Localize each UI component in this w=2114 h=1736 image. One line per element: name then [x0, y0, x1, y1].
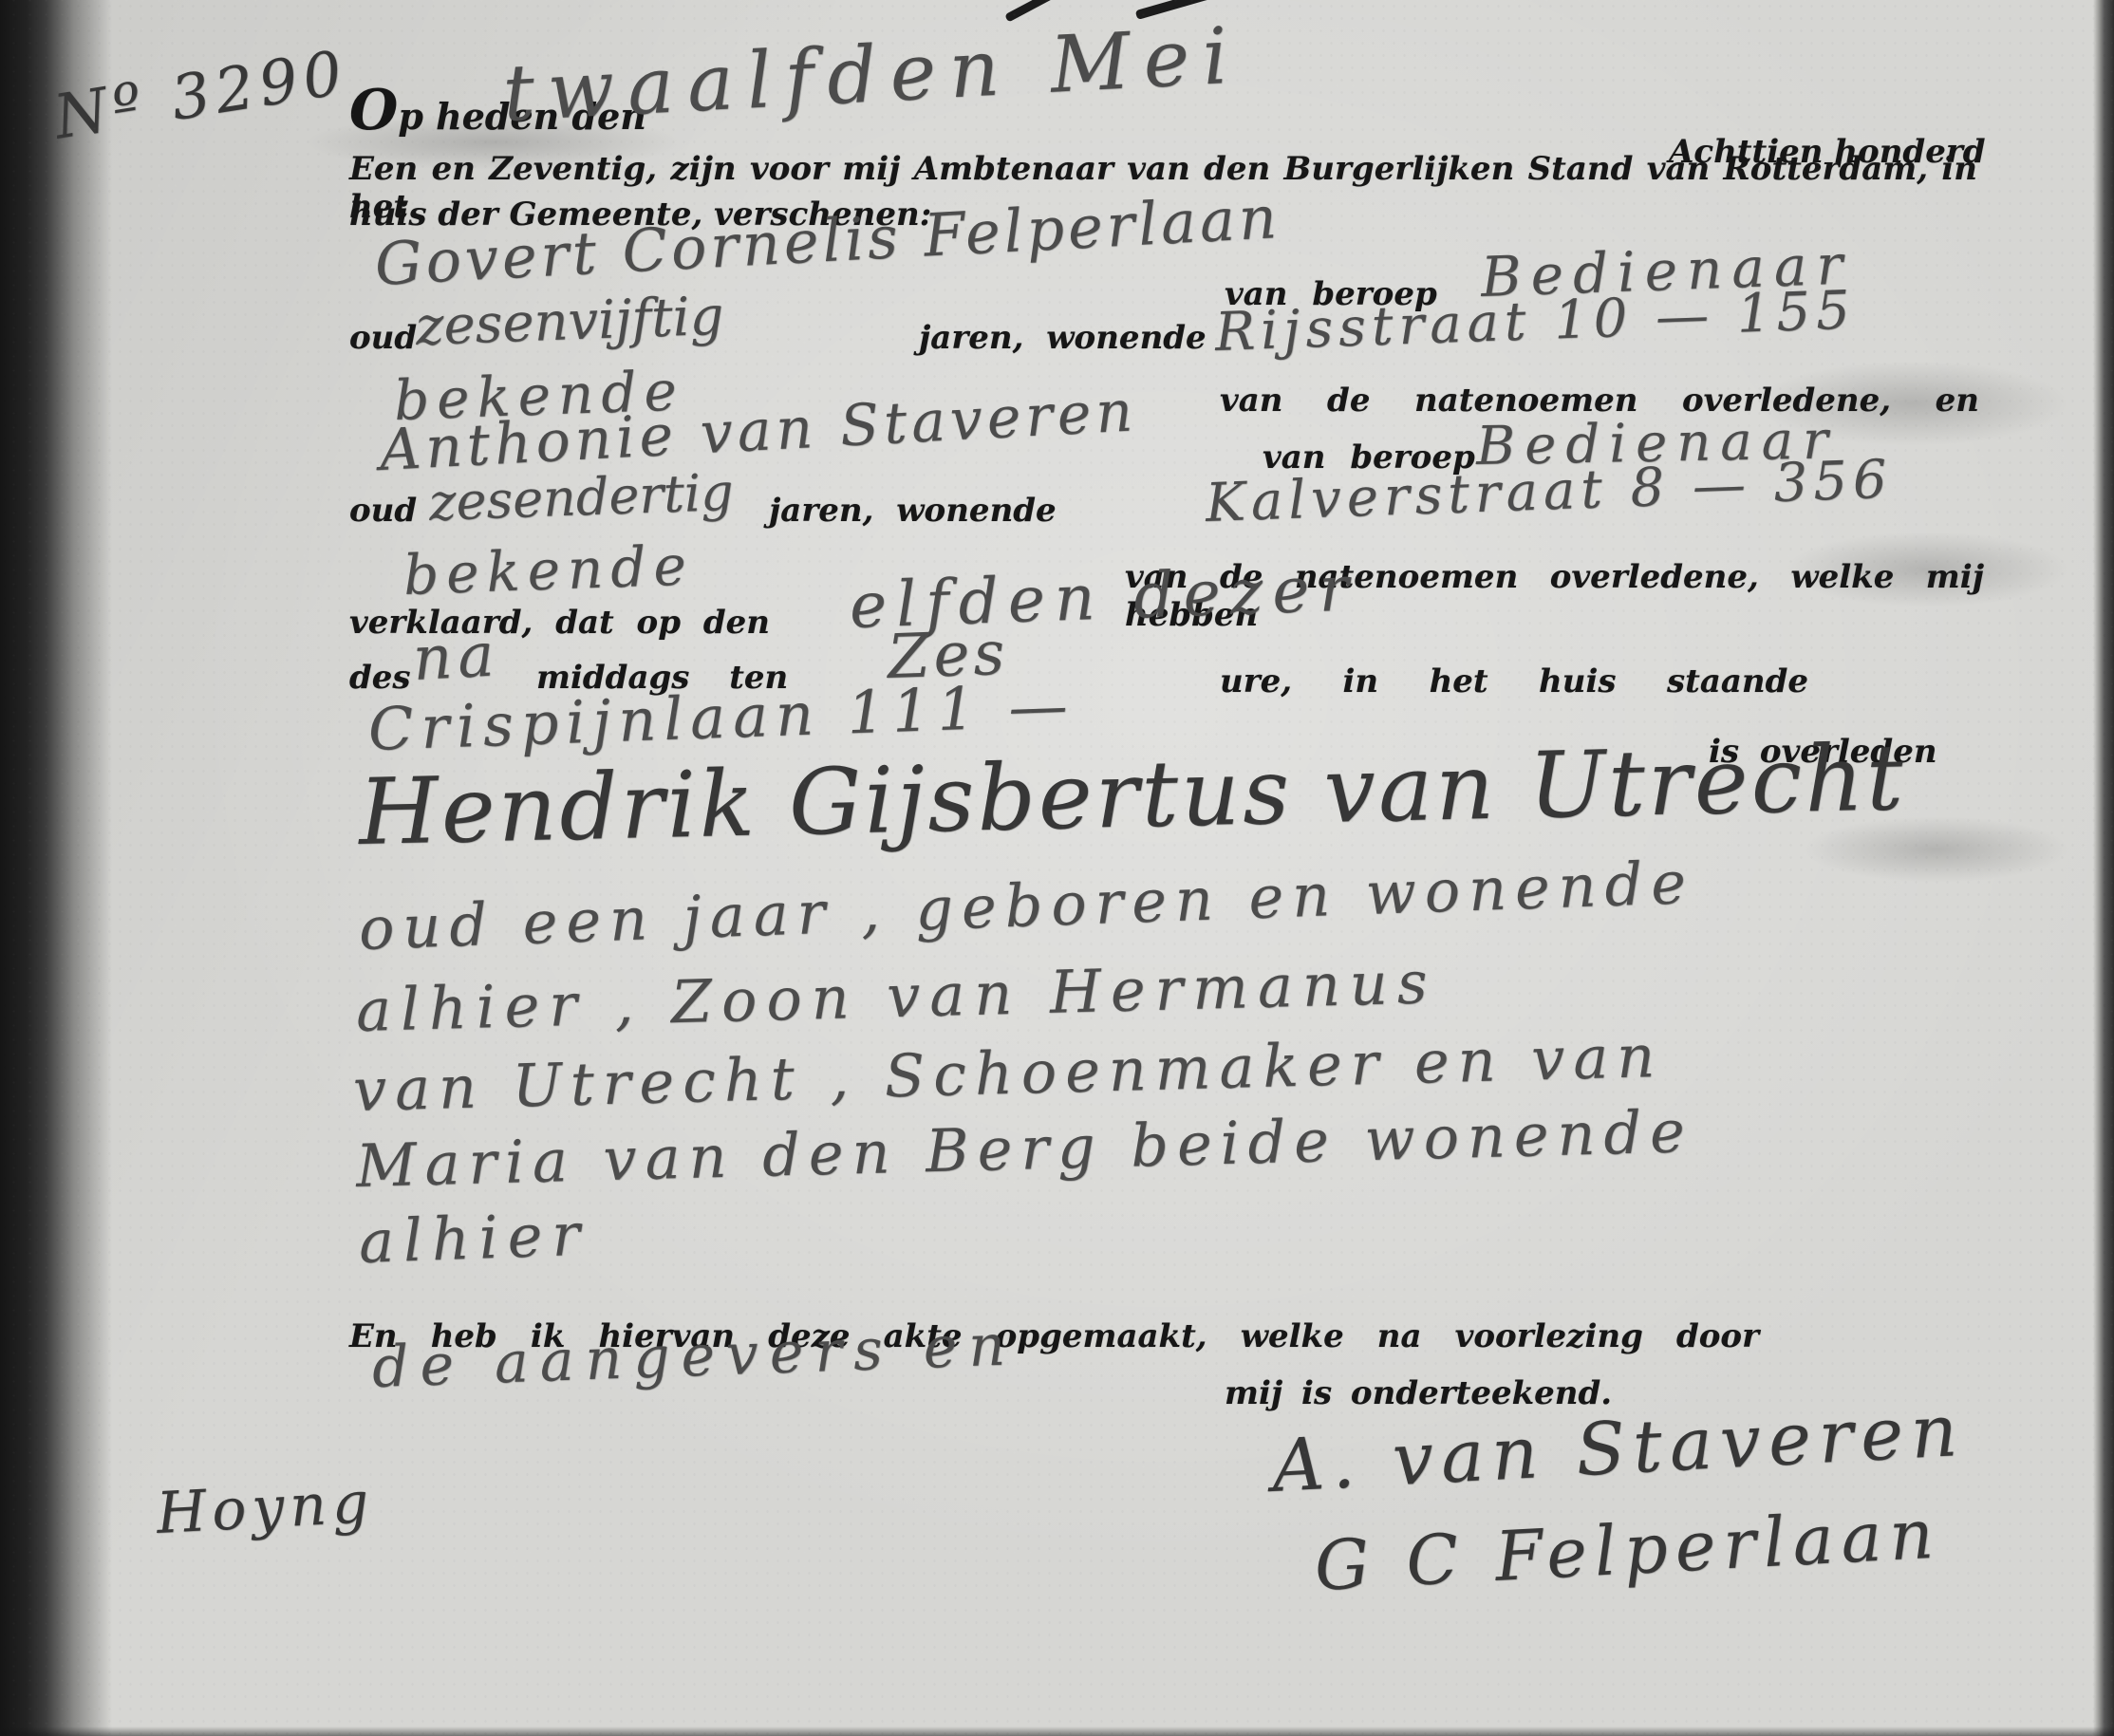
death-certificate-scan: Nº 3290 Op heden den twaalfden Mei Achtt… — [0, 0, 2114, 1736]
printed-oud-2: oud — [349, 492, 417, 530]
printed-oud-1: oud — [349, 319, 417, 357]
printed-closing-line2: mij is onderteekend. — [1225, 1374, 1612, 1412]
printed-jaren-wonende-1: jaren, wonende — [919, 319, 1207, 357]
handwritten-date: twaalfden Mei — [501, 10, 1244, 140]
signature-witness2: G C Felperlaan — [1313, 1493, 1943, 1605]
declarant2-relation: bekende — [402, 532, 695, 607]
deceased-detail-line: alhier — [358, 1200, 590, 1277]
printed-ure-huis: ure, in het huis staande — [1220, 663, 1808, 700]
page-bottom-edge — [0, 1727, 2114, 1736]
printed-jaren-wonende-2: jaren, wonende — [769, 492, 1057, 530]
book-binding-edge — [0, 0, 114, 1736]
signature-official: Hoyng — [155, 1469, 376, 1547]
page-right-edge — [2093, 0, 2114, 1736]
printed-des: des — [349, 659, 411, 697]
deceased-detail-line: oud een jaar , geboren en wonende — [358, 848, 1695, 963]
declarant1-age: zesenvijftig — [415, 286, 725, 358]
declarant2-age: zesendertig — [428, 462, 735, 532]
death-na: na — [411, 620, 501, 695]
